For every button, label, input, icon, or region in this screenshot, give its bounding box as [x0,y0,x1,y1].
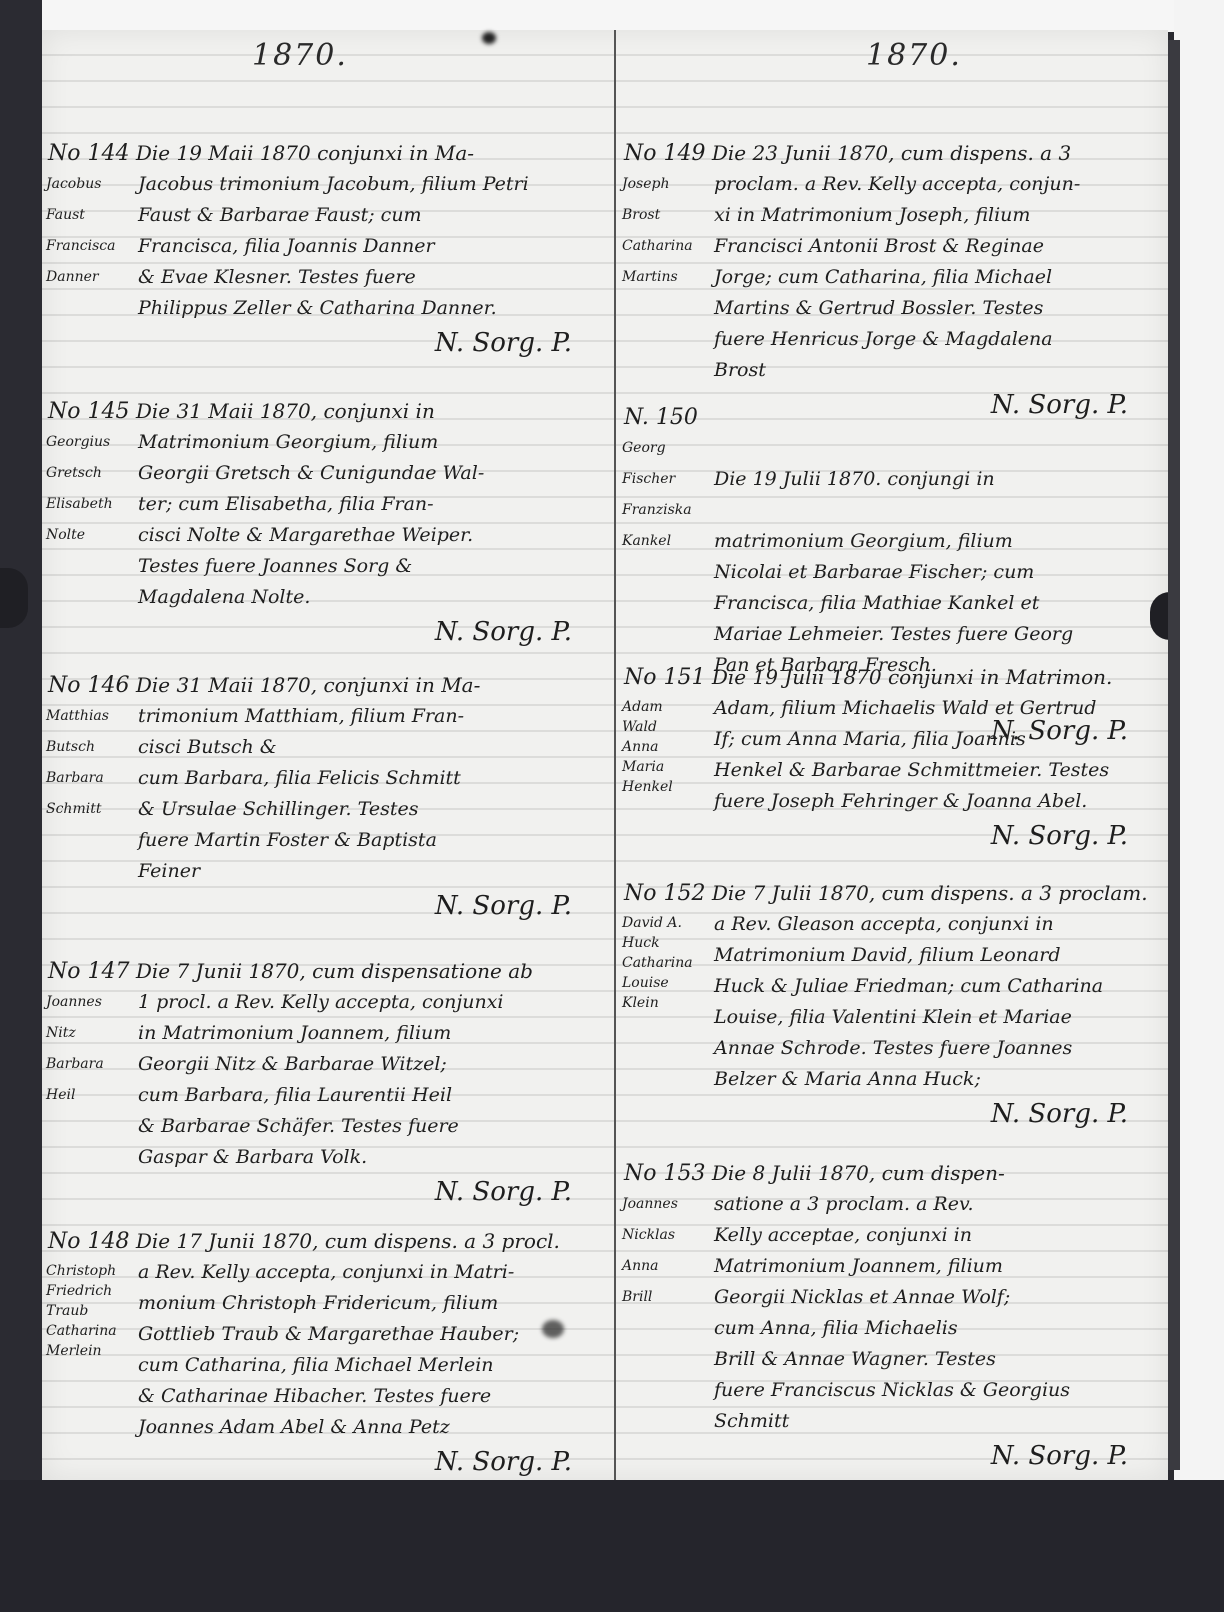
register-entry-151: No 151 Die 19 Julii 1870 conjunxi in Mat… [618,662,1168,855]
entry-date-line: Die 19 Maii 1870 conjunxi in Ma- [136,141,474,165]
entry-date-line: Die 19 Julii 1870. conjungi in [714,464,1162,495]
entry-date-line: Die 8 Julii 1870, cum dispen- [712,1161,1005,1185]
margin-names: Adam Wald Anna Maria Henkel [618,693,714,817]
entry-number: No 149 [624,141,705,166]
entry-date-line: Die 23 Junii 1870, cum dispens. a 3 [712,141,1071,165]
register-entry-148: No 148 Die 17 Junii 1870, cum dispens. a… [42,1226,612,1481]
entry-heading: No 153 Die 8 Julii 1870, cum dispen- [618,1158,1168,1189]
margin-name: Catharina [622,231,714,262]
entry-number: No 151 [624,665,705,690]
margin-name: Maria [622,757,714,777]
margin-name: Nicklas [622,1220,714,1251]
priest-signature: N. Sorg. P. [42,613,612,651]
margin-name: Klein [622,993,714,1013]
margin-name: Barbara [46,763,138,794]
entry-date-line: Die 17 Junii 1870, cum dispens. a 3 proc… [136,1229,560,1253]
entry-number: No 148 [48,1229,129,1254]
margin-name: Huck [622,933,714,953]
priest-signature: N. Sorg. P. [42,1443,612,1481]
register-entry-152: No 152 Die 7 Julii 1870, cum dispens. a … [618,878,1168,1133]
scan-top-margin [0,0,1224,32]
margin-name: Catharina [622,953,714,973]
scan-bottom-edge [0,1480,1224,1612]
entry-number: No 152 [624,881,705,906]
margin-name: Joannes [46,987,138,1018]
entry-body-lines: matrimonium Georgium, filium Nicolai et … [714,526,1162,681]
entry-number: No 145 [48,399,129,424]
entry-heading: No 146 Die 31 Maii 1870, conjunxi in Ma- [42,670,612,701]
entry-heading: No 152 Die 7 Julii 1870, cum dispens. a … [618,878,1168,909]
priest-signature: N. Sorg. P. [618,1095,1168,1133]
entry-number: No 153 [624,1161,705,1186]
margin-name: Francisca [46,231,138,262]
margin-name: Faust [46,200,138,231]
register-entry-149: No 149 Die 23 Junii 1870, cum dispens. a… [618,138,1168,424]
entry-number: No 146 [48,673,129,698]
margin-name: Kankel [622,526,714,557]
entry-date-line: Die 31 Maii 1870, conjunxi in Ma- [136,673,481,697]
scan-right-shadow [1168,40,1180,1470]
margin-name: Wald [622,717,714,737]
entry-body-text: Jacobus trimonium Jacobum, filium Petri … [138,169,612,324]
priest-signature: N. Sorg. P. [618,817,1168,855]
margin-name: Christoph [46,1261,138,1281]
margin-name: Franziska [622,495,714,526]
margin-name: Matthias [46,701,138,732]
margin-name: Danner [46,262,138,293]
scan-left-edge [0,0,42,1612]
priest-signature: N. Sorg. P. [42,1173,612,1211]
margin-name: David A. [622,913,714,933]
entry-heading: No 149 Die 23 Junii 1870, cum dispens. a… [618,138,1168,169]
margin-name: Louise [622,973,714,993]
margin-names: David A. Huck Catharina Louise Klein [618,909,714,1095]
entry-body-text: Adam, filium Michaelis Wald et Gertrud I… [714,693,1168,817]
margin-name: Fischer [622,464,714,495]
margin-name: Georg [622,433,714,464]
entry-heading: No 145 Die 31 Maii 1870, conjunxi in [42,396,612,427]
entry-body-text: satione a 3 proclam. a Rev. Kelly accept… [714,1189,1168,1437]
margin-name: Elisabeth [46,489,138,520]
margin-name: Friedrich [46,1281,138,1301]
margin-name: Georgius [46,427,138,458]
margin-name: Merlein [46,1341,138,1361]
entry-number: No 144 [48,141,129,166]
margin-names: Joannes Nitz Barbara Heil [42,987,138,1173]
margin-name: Adam [622,697,714,717]
entry-heading: No 147 Die 7 Junii 1870, cum dispensatio… [42,956,612,987]
register-entry-147: No 147 Die 7 Junii 1870, cum dispensatio… [42,956,612,1211]
entry-heading: No 151 Die 19 Julii 1870 conjunxi in Mat… [618,662,1168,693]
margin-name: Catharina [46,1321,138,1341]
margin-names: Joseph Brost Catharina Martins [618,169,714,386]
margin-names: Georgius Gretsch Elisabeth Nolte [42,427,138,613]
margin-name: Brost [622,200,714,231]
margin-names: Christoph Friedrich Traub Catharina Merl… [42,1257,138,1443]
entry-body-text: 1 procl. a Rev. Kelly accepta, conjunxi … [138,987,612,1173]
entry-body-text: Matrimonium Georgium, filium Georgii Gre… [138,427,612,613]
entry-date-line: Die 7 Julii 1870, cum dispens. a 3 procl… [712,881,1148,905]
entry-body-text: a Rev. Kelly accepta, conjunxi in Matri-… [138,1257,612,1443]
priest-signature: N. Sorg. P. [42,887,612,925]
scan-right-margin [1174,0,1224,1612]
entry-date-line: Die 7 Junii 1870, cum dispensatione ab [136,959,533,983]
register-entry-153: No 153 Die 8 Julii 1870, cum dispen- Joa… [618,1158,1168,1475]
left-column: 1870. No 144 Die 19 Maii 1870 conjunxi i… [42,30,612,1480]
margin-name: Brill [622,1282,714,1313]
margin-name: Jacobus [46,169,138,200]
margin-name: Joannes [622,1189,714,1220]
margin-name: Nitz [46,1018,138,1049]
margin-name: Gretsch [46,458,138,489]
margin-name: Heil [46,1080,138,1111]
entry-body-text: trimonium Matthiam, filium Fran- cisci B… [138,701,612,887]
entry-number: N. 150 [624,405,698,430]
margin-name: Barbara [46,1049,138,1080]
margin-name: Anna [622,737,714,757]
entry-body-text: proclam. a Rev. Kelly accepta, conjun- x… [714,169,1168,386]
entry-body-text: a Rev. Gleason accepta, conjunxi in Matr… [714,909,1168,1095]
year-header: 1870. [252,38,348,73]
register-entry-146: No 146 Die 31 Maii 1870, conjunxi in Ma-… [42,670,612,925]
margin-name: Butsch [46,732,138,763]
margin-name: Anna [622,1251,714,1282]
page-gutter-rule [614,30,616,1480]
priest-signature: N. Sorg. P. [42,324,612,362]
register-entry-145: No 145 Die 31 Maii 1870, conjunxi in Geo… [42,396,612,651]
entry-date-line: Die 19 Julii 1870 conjunxi in Matrimon. [712,665,1113,689]
margin-name: Traub [46,1301,138,1321]
margin-name: Henkel [622,777,714,797]
margin-names: Joannes Nicklas Anna Brill [618,1189,714,1437]
margin-names: Jacobus Faust Francisca Danner [42,169,138,324]
entry-heading: No 144 Die 19 Maii 1870 conjunxi in Ma- [42,138,612,169]
register-page: 1870. No 144 Die 19 Maii 1870 conjunxi i… [42,30,1168,1480]
entry-heading: No 148 Die 17 Junii 1870, cum dispens. a… [42,1226,612,1257]
register-entry-144: No 144 Die 19 Maii 1870 conjunxi in Ma- … [42,138,612,362]
right-column: 1870. No 149 Die 23 Junii 1870, cum disp… [618,30,1168,1480]
entry-number: No 147 [48,959,129,984]
binder-clip-left [0,568,28,628]
margin-name: Joseph [622,169,714,200]
entry-date-line: Die 31 Maii 1870, conjunxi in [136,399,435,423]
margin-name: Schmitt [46,794,138,825]
entry-heading: N. 150 [618,402,1168,433]
priest-signature: N. Sorg. P. [618,1437,1168,1475]
margin-name: Nolte [46,520,138,551]
margin-names: Matthias Butsch Barbara Schmitt [42,701,138,887]
margin-name: Martins [622,262,714,293]
year-header: 1870. [866,38,962,73]
